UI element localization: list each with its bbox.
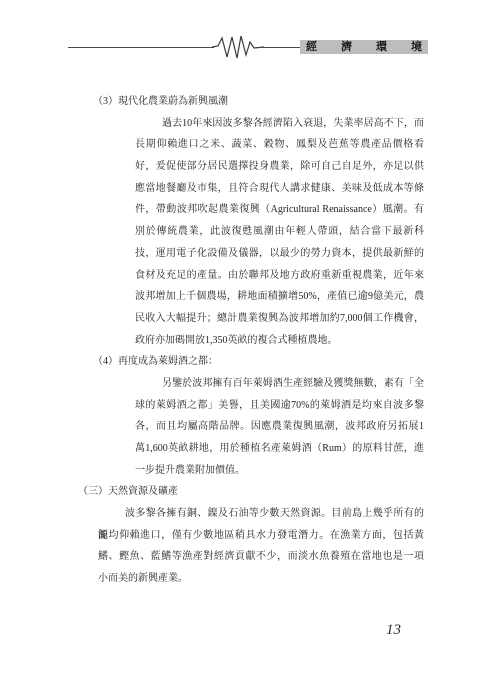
text-line: 鰭、鰹魚、藍鰭等漁產對經濟貢獻不少，而淡水魚養殖在當地也是一項 [98, 546, 424, 568]
text-line: 萬1,600英畝耕地，用於種植名產萊姆酒（Rum）的原料甘蔗，進 [135, 438, 424, 460]
header-title-bar: 經濟環境 [300, 40, 428, 54]
section-heading: （4）再度成為萊姆酒之都： [93, 351, 480, 373]
text-line: 別於傳統農業，此波復甦風潮由年輕人帶頭，結合當下最新科 [135, 221, 424, 243]
paragraph: 過去10年來因波多黎各經濟陷入衰退，失業率居高不下，而長期仰賴進口之米、蔬菜、穀… [135, 113, 424, 352]
text-line: 政府亦加碼開放1,350英畝的複合式種植農地。 [135, 330, 424, 352]
text-line: 波邦增加上千個農場，耕地面積擴增50%，產值已逾9億美元，農 [135, 286, 424, 308]
paragraph: 另鑒於波邦擁有百年萊姆酒生產經驗及獲獎無數，素有「全球的萊姆酒之都」美譽，且美國… [135, 373, 424, 481]
header-rule-left [68, 47, 214, 48]
text-line: 長期仰賴進口之米、蔬菜、穀物、鳳梨及芭蕉等農產品價格看 [135, 134, 424, 156]
text-line: 應當地餐廳及市集，且符合現代人講求健康、美味及低成本等條 [135, 178, 424, 200]
text-line: 好，爰促使部分居民選擇投身農業，除可自己自足外，亦足以供 [135, 156, 424, 178]
text-line: 民收入大幅提升；總計農業復興為波邦增加約7,000個工作機會， [135, 308, 424, 330]
page-number: 13 [386, 622, 401, 639]
text-line: 件，帶動波邦吹起農業復興（Agricultural Renaissance）風潮… [135, 199, 424, 221]
document-body: （3）現代化農業蔚為新興風潮過去10年來因波多黎各經濟陷入衰退，失業率居高不下，… [0, 91, 480, 590]
text-line: 一步提升農業附加價值。 [135, 460, 424, 482]
text-line: 另鑒於波邦擁有百年萊姆酒生產經驗及獲獎無數，素有「全 [135, 373, 424, 395]
paragraph: 波多黎各擁有銅、鎳及石油等少數天然資源。目前島上幾乎所有的能源均仰賴進口，僅有少… [98, 503, 424, 590]
header-rule-right [262, 47, 303, 48]
section-heading: （3）現代化農業蔚為新興風潮 [93, 91, 480, 113]
text-line: 源均仰賴進口，僅有少數地區稍具水力發電潛力。在漁業方面，包括黃 [98, 525, 424, 547]
text-line: 技，運用電子化設備及儀器，以最少的勞力資本，提供最新鮮的 [135, 243, 424, 265]
text-line: 過去10年來因波多黎各經濟陷入衰退，失業率居高不下，而 [135, 113, 424, 135]
waveform-icon [212, 32, 264, 63]
header-title: 經濟環境 [306, 40, 446, 54]
text-line: 各，而且均屬高階品牌。因應農業復興風潮，波邦政府另拓展1 [135, 416, 424, 438]
text-line: 球的萊姆酒之都」美譽，且美國逾70%的萊姆酒是均來自波多黎 [135, 395, 424, 417]
document-page: 經濟環境 （3）現代化農業蔚為新興風潮過去10年來因波多黎各經濟陷入衰退，失業率… [0, 0, 480, 679]
text-line: 波多黎各擁有銅、鎳及石油等少數天然資源。目前島上幾乎所有的能 [98, 503, 424, 525]
section-heading: （三）天然資源及礦產 [78, 481, 480, 503]
text-line: 小而美的新興產業。 [98, 568, 424, 590]
text-line: 食材及充足的產量。由於聯邦及地方政府重新重視農業，近年來 [135, 265, 424, 287]
